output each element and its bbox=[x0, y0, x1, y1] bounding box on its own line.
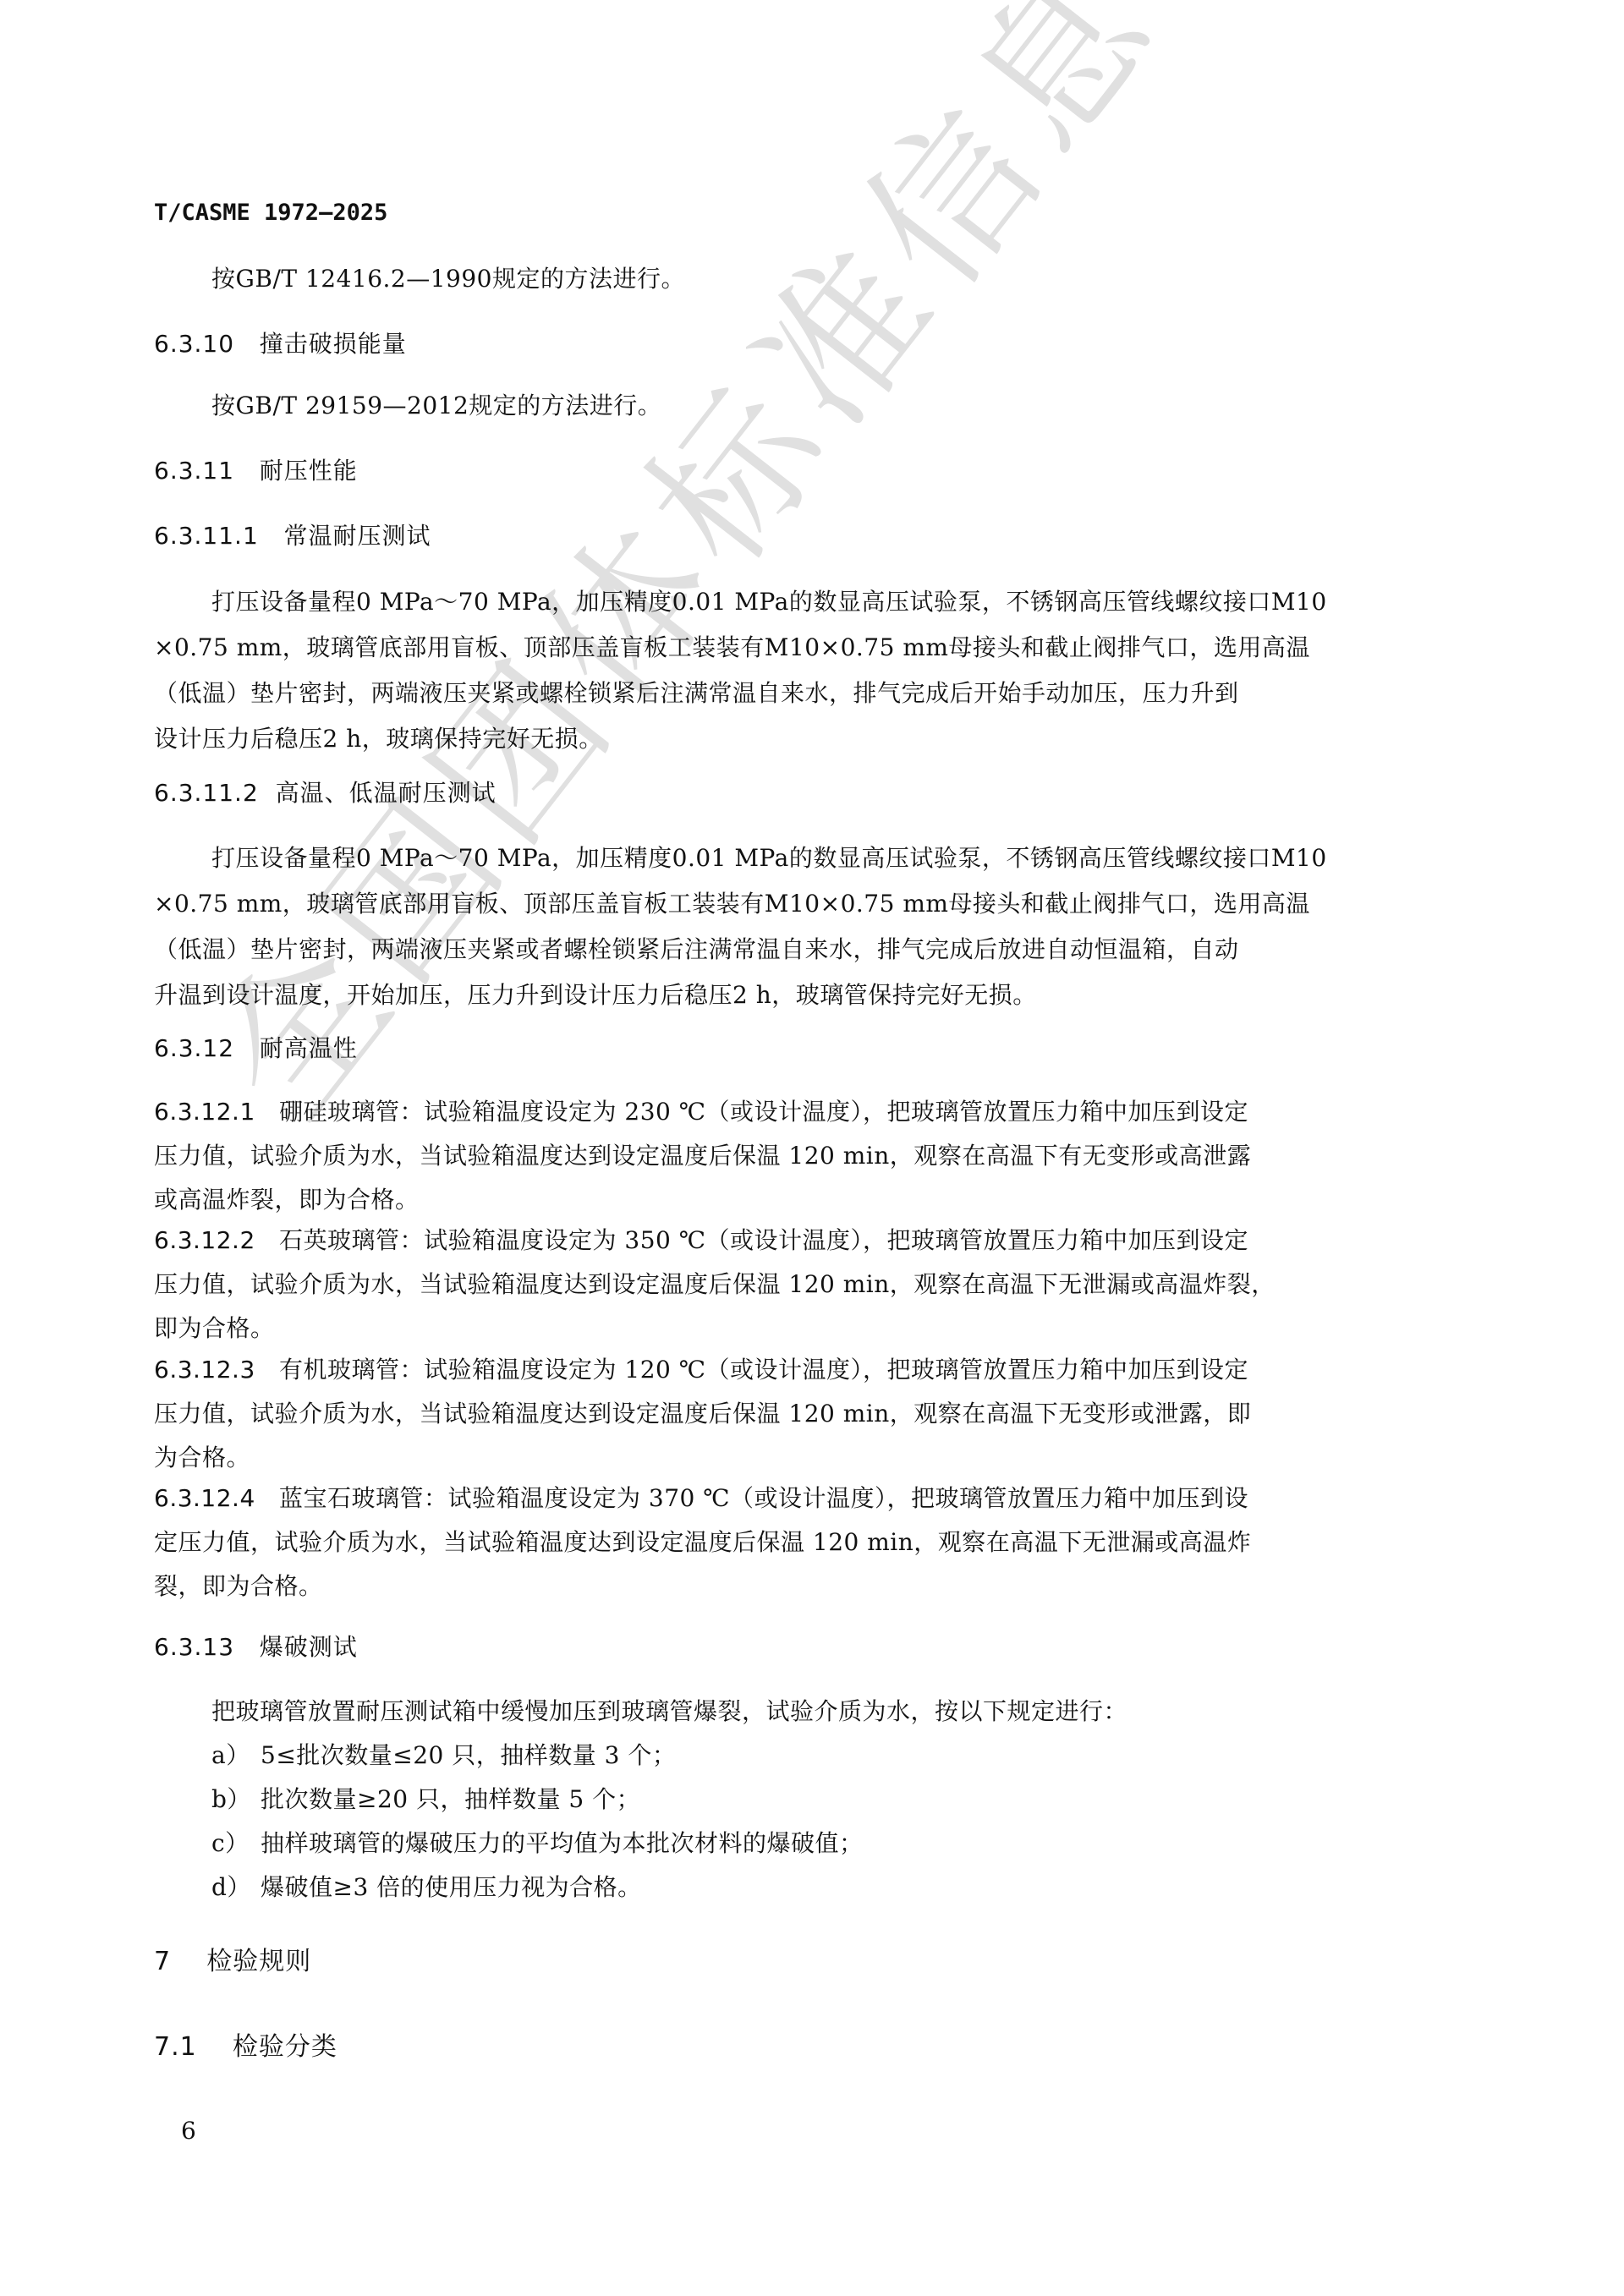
section-number: 6.3.12 bbox=[154, 1034, 234, 1062]
list-item-text: 批次数量≥20 只，抽样数量 5 个； bbox=[261, 1785, 640, 1813]
paragraph-639: 按GB/T 12416.2—1990规定的方法进行。 bbox=[211, 267, 685, 291]
paragraph-line: 裂，即为合格。 bbox=[154, 1575, 323, 1598]
section-number: 6.3.13 bbox=[154, 1633, 234, 1661]
paragraph-6-3-13: 把玻璃管放置耐压测试箱中缓慢加压到玻璃管爆裂，试验介质为水，按以下规定进行： bbox=[211, 1700, 1127, 1723]
clause-6-3-12-4: 6.3.12.4 蓝宝石玻璃管：试验箱温度设定为 370 ℃（或设计温度），把玻… bbox=[154, 1487, 1248, 1510]
clause-number: 6.3.12.3 bbox=[154, 1356, 255, 1384]
list-marker: b） bbox=[211, 1788, 261, 1811]
paragraph-line: 硼硅玻璃管：试验箱温度设定为 230 ℃（或设计温度），把玻璃管放置压力箱中加压… bbox=[279, 1098, 1248, 1126]
section-number: 6.3.11 bbox=[154, 457, 234, 485]
heading-6-3-12: 6.3.12 耐高温性 bbox=[154, 1037, 358, 1060]
clause-number: 6.3.12.1 bbox=[154, 1098, 255, 1126]
page-number: 6 bbox=[181, 2119, 196, 2143]
list-marker: c） bbox=[211, 1832, 261, 1855]
heading-6-3-13: 6.3.13 爆破测试 bbox=[154, 1636, 358, 1659]
paragraph-line: 为合格。 bbox=[154, 1446, 250, 1470]
paragraph-line: 或高温炸裂，即为合格。 bbox=[154, 1188, 420, 1212]
paragraph-line: 压力值，试验介质为水，当试验箱温度达到设定温度后保温 120 min，观察在高温… bbox=[154, 1402, 1251, 1426]
section-title: 爆破测试 bbox=[260, 1633, 358, 1661]
paragraph-line: 有机玻璃管：试验箱温度设定为 120 ℃（或设计温度），把玻璃管放置压力箱中加压… bbox=[279, 1356, 1248, 1384]
list-marker: a） bbox=[211, 1744, 261, 1767]
list-item: c）抽样玻璃管的爆破压力的平均值为本批次材料的爆破值； bbox=[211, 1832, 864, 1855]
heading-6-3-11-2: 6.3.11.2 高温、低温耐压测试 bbox=[154, 781, 497, 805]
section-number: 6.3.11.2 bbox=[154, 779, 259, 807]
section-number: 7.1 bbox=[154, 2032, 197, 2062]
heading-7-1: 7.1 检验分类 bbox=[154, 2035, 337, 2060]
section-title: 撞击破损能量 bbox=[260, 330, 407, 358]
section-title: 检验规则 bbox=[206, 1947, 311, 1976]
list-item: b）批次数量≥20 只，抽样数量 5 个； bbox=[211, 1788, 640, 1811]
heading-6-3-10: 6.3.10 撞击破损能量 bbox=[154, 332, 407, 356]
paragraph-line: 压力值，试验介质为水，当试验箱温度达到设定温度后保温 120 min，观察在高温… bbox=[154, 1273, 1276, 1296]
heading-7: 7 检验规则 bbox=[154, 1949, 311, 1975]
list-item-text: 5≤批次数量≤20 只，抽样数量 3 个； bbox=[261, 1741, 676, 1769]
clause-6-3-12-2: 6.3.12.2 石英玻璃管：试验箱温度设定为 350 ℃（或设计温度），把玻璃… bbox=[154, 1229, 1248, 1252]
section-title: 耐高温性 bbox=[260, 1034, 358, 1062]
paragraph-line: 蓝宝石玻璃管：试验箱温度设定为 370 ℃（或设计温度），把玻璃管放置压力箱中加… bbox=[279, 1484, 1248, 1512]
heading-6-3-11: 6.3.11 耐压性能 bbox=[154, 459, 358, 483]
clause-6-3-12-3: 6.3.12.3 有机玻璃管：试验箱温度设定为 120 ℃（或设计温度），把玻璃… bbox=[154, 1358, 1248, 1382]
section-title: 常温耐压测试 bbox=[283, 522, 431, 550]
paragraph-line: 石英玻璃管：试验箱温度设定为 350 ℃（或设计温度），把玻璃管放置压力箱中加压… bbox=[279, 1226, 1248, 1254]
paragraph-line: 设计压力后稳压2 h，玻璃保持完好无损。 bbox=[154, 727, 603, 751]
section-title: 高温、低温耐压测试 bbox=[276, 779, 497, 807]
section-title: 耐压性能 bbox=[260, 457, 358, 485]
paragraph-line: 定压力值，试验介质为水，当试验箱温度达到设定温度后保温 120 min，观察在高… bbox=[154, 1531, 1251, 1554]
paragraph-line: （低温）垫片密封，两端液压夹紧或螺栓锁紧后注满常温自来水，排气完成后开始手动加压… bbox=[154, 682, 1239, 705]
paragraph-line: 压力值，试验介质为水，当试验箱温度达到设定温度后保温 120 min，观察在高温… bbox=[154, 1144, 1251, 1168]
clause-6-3-12-1: 6.3.12.1 硼硅玻璃管：试验箱温度设定为 230 ℃（或设计温度），把玻璃… bbox=[154, 1100, 1248, 1124]
list-item: d）爆破值≥3 倍的使用压力视为合格。 bbox=[211, 1876, 642, 1899]
list-item: a）5≤批次数量≤20 只，抽样数量 3 个； bbox=[211, 1744, 676, 1767]
section-number: 7 bbox=[154, 1947, 171, 1976]
clause-number: 6.3.12.4 bbox=[154, 1484, 255, 1512]
heading-6-3-11-1: 6.3.11.1 常温耐压测试 bbox=[154, 524, 431, 548]
document-page: T/CASME 1972—2025 按GB/T 12416.2—1990规定的方… bbox=[0, 0, 1624, 2296]
list-item-text: 抽样玻璃管的爆破压力的平均值为本批次材料的爆破值； bbox=[261, 1829, 864, 1857]
list-item-text: 爆破值≥3 倍的使用压力视为合格。 bbox=[261, 1873, 642, 1901]
paragraph-line: 打压设备量程0 MPa～70 MPa，加压精度0.01 MPa的数显高压试验泵，… bbox=[211, 590, 1327, 614]
paragraph-line: 升温到设计温度，开始加压，压力升到设计压力后稳压2 h，玻璃管保持完好无损。 bbox=[154, 984, 1037, 1007]
list-marker: d） bbox=[211, 1876, 261, 1899]
paragraph-line: 即为合格。 bbox=[154, 1317, 275, 1340]
paragraph-line: 打压设备量程0 MPa～70 MPa，加压精度0.01 MPa的数显高压试验泵，… bbox=[211, 847, 1327, 870]
document-code: T/CASME 1972—2025 bbox=[154, 201, 387, 224]
paragraph-line: （低温）垫片密封，两端液压夹紧或者螺栓锁紧后注满常温自来水，排气完成后放进自动恒… bbox=[154, 938, 1239, 962]
clause-number: 6.3.12.2 bbox=[154, 1226, 255, 1254]
section-number: 6.3.10 bbox=[154, 330, 234, 358]
paragraph-6-3-10: 按GB/T 29159—2012规定的方法进行。 bbox=[211, 394, 661, 418]
section-number: 6.3.11.1 bbox=[154, 522, 259, 550]
paragraph-line: ×0.75 mm，玻璃管底部用盲板、顶部压盖盲板工装装有M10×0.75 mm母… bbox=[154, 636, 1310, 660]
paragraph-line: ×0.75 mm，玻璃管底部用盲板、顶部压盖盲板工装装有M10×0.75 mm母… bbox=[154, 892, 1310, 916]
section-title: 检验分类 bbox=[233, 2032, 337, 2062]
